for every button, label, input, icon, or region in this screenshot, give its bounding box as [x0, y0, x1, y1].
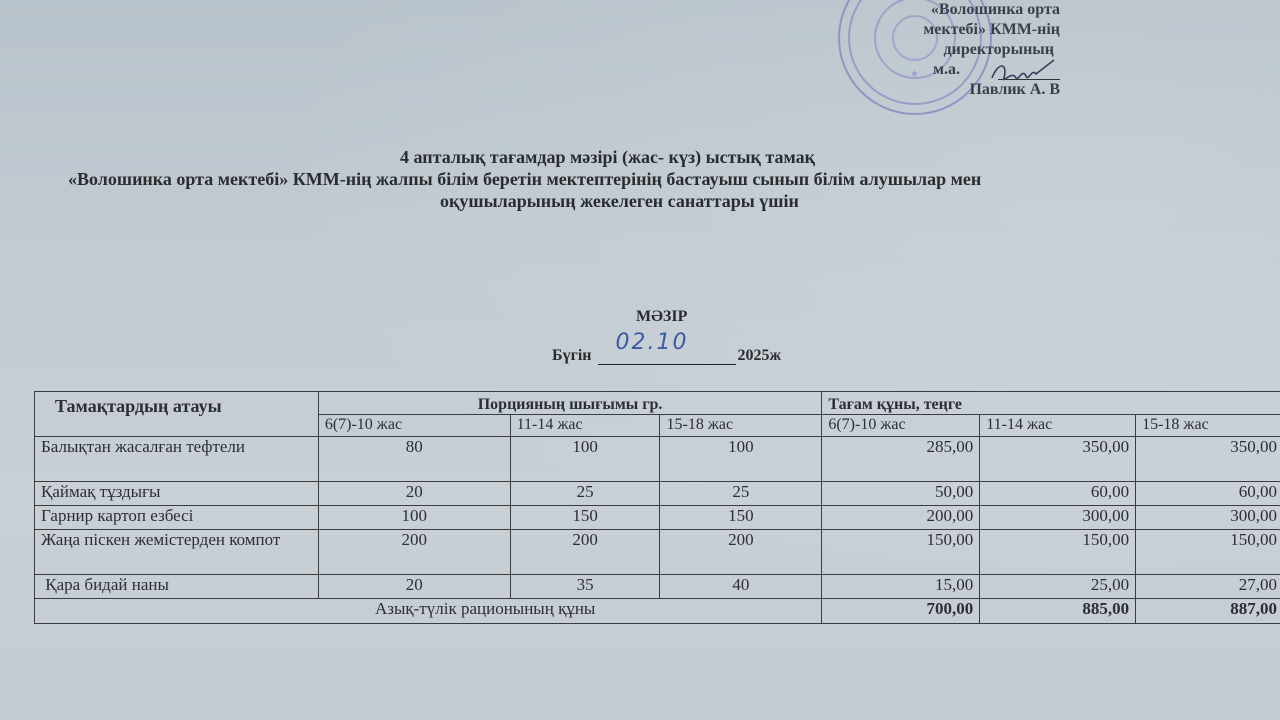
portion-cell: 150	[660, 506, 822, 530]
column-header-portion-age: 6(7)-10 жас	[318, 415, 510, 437]
price-cell: 60,00	[980, 482, 1136, 506]
table-row: Қара бидай наны 20 35 40 15,00 25,00 27,…	[35, 575, 1280, 599]
portion-cell: 100	[660, 437, 822, 482]
price-cell: 25,00	[980, 575, 1136, 599]
column-header-price-age: 11-14 жас	[980, 415, 1136, 437]
portion-cell: 40	[660, 575, 822, 599]
dish-name: Қаймақ тұздығы	[35, 482, 319, 506]
price-cell: 200,00	[822, 506, 980, 530]
table-header-row: Тамақтардың атауы Порцияның шығымы гр. Т…	[35, 392, 1280, 415]
column-header-portion-age: 11-14 жас	[510, 415, 660, 437]
title-line-2: «Волошинка орта мектебі» КММ-нің жалпы б…	[68, 168, 981, 190]
column-header-name: Тамақтардың атауы	[35, 392, 319, 437]
handwritten-date: 02.10	[616, 330, 689, 355]
date-field: 02.10	[598, 346, 736, 365]
portion-cell: 25	[660, 482, 822, 506]
price-cell: 300,00	[980, 506, 1136, 530]
dish-name: Жаңа піскен жемістерден компот	[35, 530, 319, 575]
price-cell: 150,00	[980, 530, 1136, 575]
portion-cell: 200	[660, 530, 822, 575]
table-row: Балықтан жасалған тефтели 80 100 100 285…	[35, 437, 1280, 482]
price-cell: 150,00	[822, 530, 980, 575]
total-price-cell: 885,00	[980, 599, 1136, 624]
portion-cell: 25	[510, 482, 660, 506]
price-cell: 300,00	[1136, 506, 1280, 530]
table-row: Гарнир картоп езбесі 100 150 150 200,00 …	[35, 506, 1280, 530]
portion-cell: 35	[510, 575, 660, 599]
portion-cell: 20	[318, 482, 510, 506]
table-total-row: Азық-түлік рационының құны 700,00 885,00…	[35, 599, 1280, 624]
table-row: Қаймақ тұздығы 20 25 25 50,00 60,00 60,0…	[35, 482, 1280, 506]
dish-name: Қара бидай наны	[35, 575, 319, 599]
approval-line: «Волошинка орта	[880, 0, 1060, 20]
column-header-price-age: 6(7)-10 жас	[822, 415, 980, 437]
price-cell: 350,00	[1136, 437, 1280, 482]
column-header-portion-age: 15-18 жас	[660, 415, 822, 437]
portion-cell: 80	[318, 437, 510, 482]
total-label: Азық-түлік рационының құны	[35, 599, 822, 624]
portion-cell: 100	[510, 437, 660, 482]
price-cell: 285,00	[822, 437, 980, 482]
date-year: 2025ж	[738, 347, 782, 365]
price-cell: 150,00	[1136, 530, 1280, 575]
column-group-price: Тағам құны, теңге	[822, 392, 1280, 415]
total-price-cell: 887,00	[1136, 599, 1280, 624]
portion-cell: 100	[318, 506, 510, 530]
title-line-1: 4 апталық тағамдар мәзірі (жас- күз) ыст…	[400, 146, 815, 168]
menu-table: Тамақтардың атауы Порцияның шығымы гр. Т…	[34, 391, 1280, 624]
table-row: Жаңа піскен жемістерден компот 200 200 2…	[35, 530, 1280, 575]
date-row: Бүгін 02.10 2025ж	[552, 346, 781, 365]
date-label: Бүгін	[552, 347, 592, 365]
dish-name: Гарнир картоп езбесі	[35, 506, 319, 530]
price-cell: 60,00	[1136, 482, 1280, 506]
portion-cell: 200	[318, 530, 510, 575]
acting-label: м.а.	[933, 60, 960, 80]
price-cell: 350,00	[980, 437, 1136, 482]
price-cell: 27,00	[1136, 575, 1280, 599]
column-group-portion: Порцияның шығымы гр.	[318, 392, 822, 415]
portion-cell: 20	[318, 575, 510, 599]
approval-line: мектебі» КММ-нің	[880, 20, 1060, 40]
title-line-3: оқушыларының жекелеген санаттары үшін	[440, 190, 799, 212]
price-cell: 15,00	[822, 575, 980, 599]
dish-name: Балықтан жасалған тефтели	[35, 437, 319, 482]
price-cell: 50,00	[822, 482, 980, 506]
column-header-price-age: 15-18 жас	[1136, 415, 1280, 437]
menu-heading: МӘЗІР	[636, 308, 687, 326]
signature-icon	[988, 56, 1058, 90]
total-price-cell: 700,00	[822, 599, 980, 624]
portion-cell: 200	[510, 530, 660, 575]
portion-cell: 150	[510, 506, 660, 530]
